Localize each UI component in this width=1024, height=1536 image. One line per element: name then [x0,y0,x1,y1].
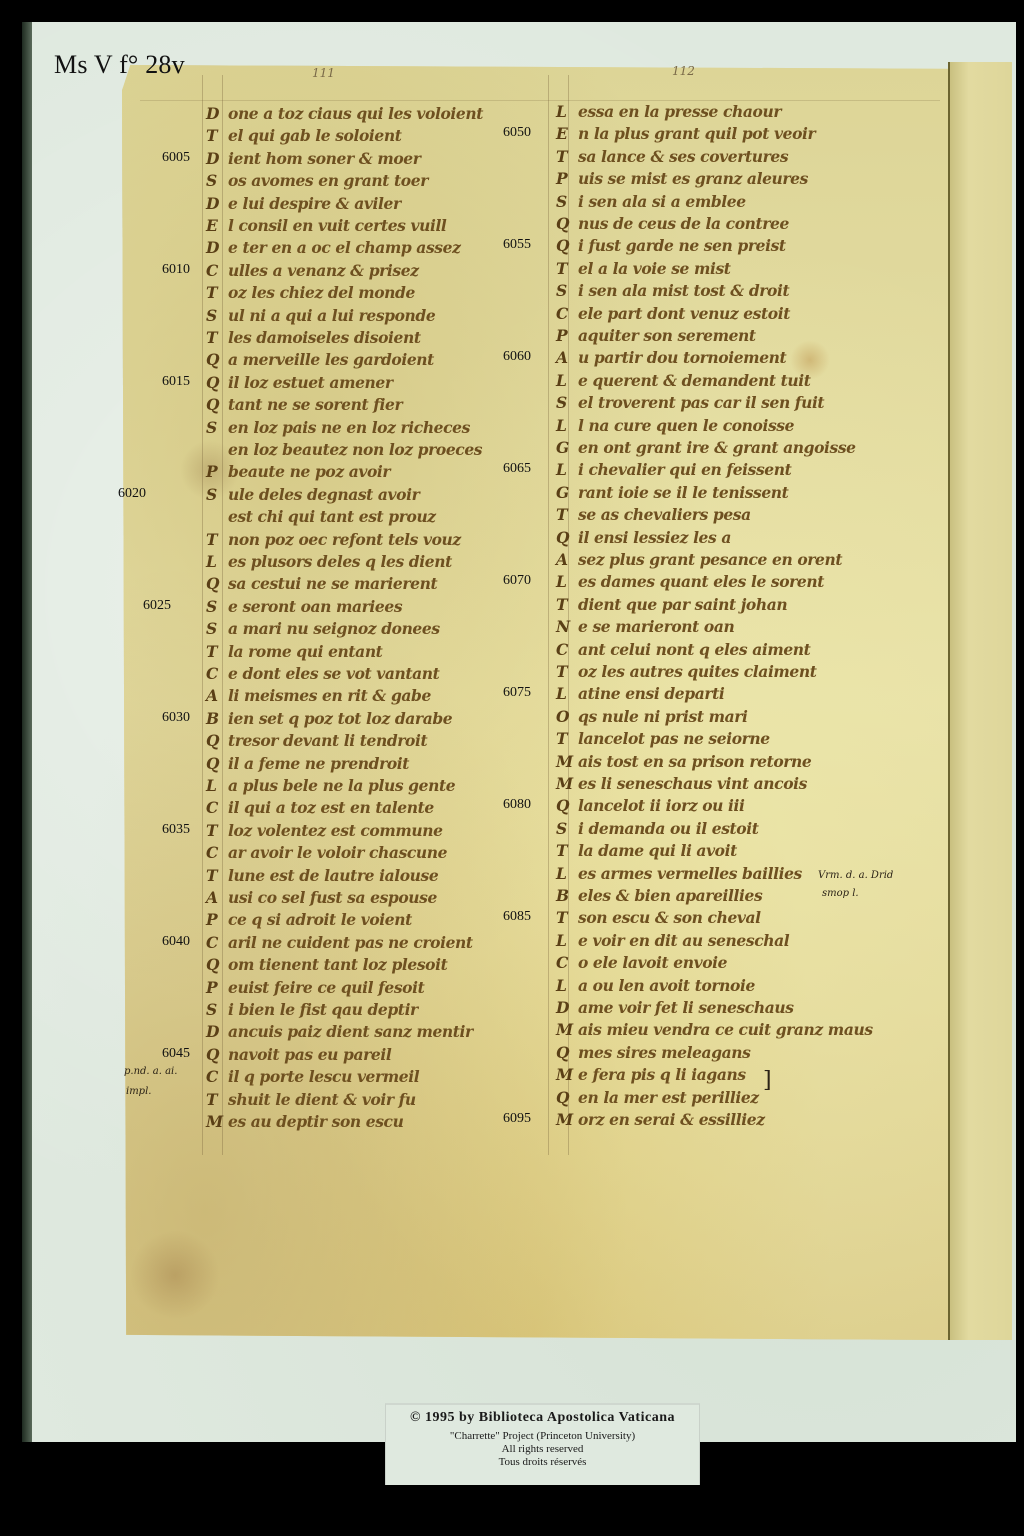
verse-text: ar avoir le voloir chascune [228,843,447,862]
line-number: 6055 [503,237,531,253]
verse-initial: A [556,550,578,569]
verse-initial: L [556,976,578,995]
verse-initial: E [556,124,578,143]
verse-line: Tla dame qui li avoit [556,841,737,863]
verse-text: li meismes en rit & gabe [228,686,431,705]
margin-note-right-top: Vrm. d. a. Drid [818,870,893,881]
verse-line: Ll na cure quen le conoisse [556,416,794,438]
verse-line: Asez plus grant pesance en orent [556,550,842,572]
verse-initial: D [556,998,578,1017]
verse-text: qs nule ni prist mari [578,707,747,726]
verse-text: ais tost en sa prison retorne [578,752,811,771]
verse-line: Cele part dont venuz estoit [556,304,790,326]
verse-line: Qil ensi lessiez les a [556,528,731,550]
verse-initial: Q [556,528,578,547]
ruling-line-top [140,100,940,101]
verse-line: Peuist feire ce quil fesoit [206,978,424,1000]
verse-line: Cil q porte lescu vermeil [206,1067,419,1089]
verse-initial: P [206,978,228,997]
verse-initial: L [556,684,578,703]
verse-line: Sel troverent pas car il sen fuit [556,393,824,415]
verse-initial: C [206,261,228,280]
verse-text: navoit pas eu pareil [228,1045,391,1064]
verse-text: l na cure quen le conoisse [578,416,794,435]
verse-initial: Q [556,236,578,255]
verse-line: Qsa cestui ne se marierent [206,574,437,596]
verse-line: Tel a la voie se mist [556,259,731,281]
foliation-right: 112 [672,64,695,78]
verse-line: Les dames quant eles le sorent [556,572,824,594]
verse-text: es armes vermelles baillies [578,864,802,883]
verse-line: Tson escu & son cheval [556,908,761,930]
verse-line: Mais mieu vendra ce cuit granz maus [556,1020,873,1042]
verse-initial: M [556,774,578,793]
verse-line: Si bien le fist qau deptir [206,1000,418,1022]
verse-initial: S [206,418,228,437]
verse-line: Tloz volentez est commune [206,821,443,843]
verse-initial: B [206,709,228,728]
verse-initial: Q [556,796,578,815]
verse-text: la dame qui li avoit [578,841,737,860]
verse-initial: P [556,169,578,188]
verse-line: Sule deles degnast avoir [206,485,419,507]
verse-line: Sul ni a qui a lui responde [206,306,435,328]
verse-line: Pce q si adroit le voient [206,910,412,932]
verse-line: Si demanda ou il estoit [556,819,759,841]
verse-initial: M [206,1112,228,1131]
verse-text: ien set q poz tot loz darabe [228,709,452,728]
verse-text: e se marieront oan [578,617,734,636]
verse-text: atine ensi departi [578,684,724,703]
line-number: 6080 [503,797,531,813]
line-number: 6060 [503,349,531,365]
verse-initial: P [206,462,228,481]
ruling-line-left-outer [202,75,203,1155]
verse-text: il ensi lessiez les a [578,528,731,547]
verse-text: tant ne se sorent fier [228,395,402,414]
verse-line: Tla rome qui entant [206,642,382,664]
verse-initial: T [206,328,228,347]
verse-text: mes sires meleagans [578,1043,750,1062]
verse-text: a ou len avoit tornoie [578,976,755,995]
line-number: 6035 [162,822,190,838]
verse-text: en la mer est perilliez [578,1088,759,1107]
verse-line: Grant ioie se il le tenissent [556,483,788,505]
verse-initial: C [206,843,228,862]
verse-line: Qil a feme ne prendroit [206,754,409,776]
verse-line: Ausi co sel fust sa espouse [206,888,437,910]
verse-text: essa en la presse chaour [578,102,781,121]
verse-text: sa lance & ses covertures [578,147,788,166]
verse-initial: S [206,171,228,190]
verse-text: e voir en dit au seneschal [578,931,789,950]
verse-initial: B [556,886,578,905]
verse-line: Qlancelot ii iorz ou iii [556,796,745,818]
verse-line: Sos avomes en grant toer [206,171,428,193]
verse-initial: S [206,619,228,638]
verse-initial: C [206,1067,228,1086]
verse-line: De ter en a oc el champ assez [206,238,460,260]
verse-text: les damoiseles disoient [228,328,421,347]
verse-text: a mari nu seignoz donees [228,619,440,638]
verse-initial: T [206,821,228,840]
verse-line: Tse as chevaliers pesa [556,505,751,527]
verse-line: Tshuit le dient & voir fu [206,1090,416,1112]
verse-text: aquiter son serement [578,326,756,345]
verse-text: i sen ala mist tost & droit [578,281,789,300]
verse-initial: Q [206,731,228,750]
verse-text: e seront oan mariees [228,597,402,616]
verse-line: Toz les chiez del monde [206,283,415,305]
verse-text: es au deptir son escu [228,1112,403,1131]
verse-line: Caril ne cuident pas ne croient [206,933,473,955]
verse-text: il q porte lescu vermeil [228,1067,419,1086]
verse-text: i sen ala si a emblee [578,192,746,211]
verse-text: oz les autres quites claiment [578,662,817,681]
verse-line: Les armes vermelles baillies [556,864,802,886]
verse-line: Le voir en dit au seneschal [556,931,789,953]
copyright-rights-en: All rights reserved [386,1443,699,1456]
line-number: 6095 [503,1111,531,1127]
verse-initial: T [556,908,578,927]
verse-initial: Q [206,373,228,392]
verse-text: lancelot ii iorz ou iii [578,796,745,815]
verse-initial: Q [206,1045,228,1064]
verse-initial: Q [206,350,228,369]
verse-text: n la plus grant quil pot veoir [578,124,815,143]
verse-line: Sen loz pais ne en loz richeces [206,418,470,440]
margin-note-left-bottom: impl. [126,1086,151,1097]
verse-text: sez plus grant pesance en orent [578,550,842,569]
mount-edge-shadow [22,22,32,1442]
verse-initial: E [206,216,228,235]
verse-initial: Q [556,214,578,233]
bracket-mark: ] [763,1068,772,1093]
verse-line: Au partir dou tornoiement [556,348,786,370]
copyright-project: "Charrette" Project (Princeton Universit… [386,1430,699,1443]
verse-text: i demanda ou il estoit [578,819,759,838]
verse-text: lancelot pas ne seiorne [578,729,770,748]
line-number: 6030 [162,710,190,726]
verse-text: euist feire ce quil fesoit [228,978,424,997]
verse-initial: S [206,306,228,325]
verse-line: Gen ont grant ire & grant angoisse [556,438,856,460]
verse-line: Cant celui nont q eles aiment [556,640,810,662]
verse-initial: A [206,888,228,907]
verse-text: la rome qui entant [228,642,382,661]
verse-initial: S [556,819,578,838]
verse-line: Ali meismes en rit & gabe [206,686,431,708]
verse-initial: L [556,416,578,435]
verse-initial: T [206,1090,228,1109]
verse-initial: L [206,776,228,795]
margin-note-right-bottom: smop l. [822,888,859,899]
verse-initial: P [556,326,578,345]
line-number: 6065 [503,461,531,477]
verse-line: La ou len avoit tornoie [556,976,755,998]
verse-initial: M [556,752,578,771]
verse-text: e lui despire & aviler [228,194,401,213]
verse-line: en loz beautez non loz proeces [206,440,482,462]
line-number: 6020 [118,486,146,502]
verse-line: Tel qui gab le soloient [206,126,401,148]
folio-label: Ms V f° 28v [54,50,185,80]
verse-line: Dancuis paiz dient sanz mentir [206,1022,473,1044]
verse-line: Qmes sires meleagans [556,1043,750,1065]
verse-text: lune est de lautre ialouse [228,866,438,885]
verse-text: ais mieu vendra ce cuit granz maus [578,1020,873,1039]
copyright-label: © 1995 by Biblioteca Apostolica Vaticana… [385,1403,700,1485]
verse-text: ul ni a qui a lui responde [228,306,435,325]
verse-initial: C [556,640,578,659]
verse-initial: T [556,729,578,748]
verse-line: Cil qui a toz est en talente [206,798,434,820]
verse-line: Me fera pis q li iagans [556,1065,746,1087]
verse-line: Qnavoit pas eu pareil [206,1045,391,1067]
verse-initial: L [556,371,578,390]
verse-line: Toz les autres quites claiment [556,662,817,684]
verse-line: Ce dont eles se vot vantant [206,664,439,686]
verse-initial: D [206,1022,228,1041]
verse-initial: G [556,438,578,457]
verse-initial: T [556,662,578,681]
verse-line: Morz en serai & essilliez [556,1110,765,1132]
verse-text: en ont grant ire & grant angoisse [578,438,856,457]
line-number: 6040 [162,934,190,950]
verse-text: tresor devant li tendroit [228,731,427,750]
verse-initial: T [206,866,228,885]
verse-text: el a la voie se mist [578,259,731,278]
ruling-line-right-outer [548,75,549,1155]
verse-text: es li seneschaus vint ancois [578,774,807,793]
verse-line: Done a toz ciaus qui les voloient [206,104,483,126]
verse-text: en loz beautez non loz proeces [228,440,482,459]
verse-text: non poz oec refont tels vouz [228,530,461,549]
copyright-title: © 1995 by Biblioteca Apostolica Vaticana [386,1410,699,1426]
verse-initial: T [556,505,578,524]
verse-initial: M [556,1110,578,1129]
line-number: 6085 [503,909,531,925]
verse-text: ule deles degnast avoir [228,485,419,504]
verse-initial: M [556,1020,578,1039]
verse-line: Les plusors deles q les dient [206,552,452,574]
verse-initial: L [556,102,578,121]
verse-text: ulles a venanz & prisez [228,261,419,280]
verse-line: Mes au deptir son escu [206,1112,403,1134]
verse-initial: S [206,485,228,504]
verse-line: Puis se mist es granz aleures [556,169,808,191]
verse-initial: T [206,283,228,302]
verse-line: Si sen ala mist tost & droit [556,281,789,303]
verse-line: Beles & bien apareillies [556,886,762,908]
verse-initial: C [206,664,228,683]
verse-initial: Q [206,955,228,974]
verse-line: Oqs nule ni prist mari [556,707,747,729]
verse-text: en loz pais ne en loz richeces [228,418,470,437]
verse-line: Pbeaute ne poz avoir [206,462,390,484]
verse-text: il a feme ne prendroit [228,754,409,773]
verse-text: loz volentez est commune [228,821,443,840]
verse-line: Tlancelot pas ne seiorne [556,729,770,751]
verse-line: Culles a venanz & prisez [206,261,419,283]
verse-text: eles & bien apareillies [578,886,762,905]
verse-initial: Q [206,754,228,773]
verse-line: Qtresor devant li tendroit [206,731,427,753]
verse-line: Mais tost en sa prison retorne [556,752,811,774]
verse-initial: D [206,194,228,213]
verse-line: Lessa en la presse chaour [556,102,781,124]
line-number: 6050 [503,125,531,141]
verse-initial: C [206,798,228,817]
verse-initial: S [206,1000,228,1019]
verse-initial: T [556,595,578,614]
verse-text: nus de ceus de la contree [578,214,789,233]
verse-line: Tles damoiseles disoient [206,328,421,350]
verse-initial: L [556,572,578,591]
verse-text: beaute ne poz avoir [228,462,390,481]
verse-line: Qil loz estuet amener [206,373,393,395]
verse-initial: Q [206,395,228,414]
verse-text: orz en serai & essilliez [578,1110,765,1129]
verse-text: i bien le fist qau deptir [228,1000,418,1019]
verse-initial: L [556,931,578,950]
verse-line: Dame voir fet li seneschaus [556,998,794,1020]
verse-line: Co ele lavoit envoie [556,953,727,975]
verse-line: Se seront oan mariees [206,597,402,619]
verse-initial: G [556,483,578,502]
verse-initial: T [556,147,578,166]
verse-text: il loz estuet amener [228,373,393,392]
verse-initial: T [206,642,228,661]
verse-line: Tnon poz oec refont tels vouz [206,530,461,552]
verse-text: ele part dont venuz estoit [578,304,790,323]
verse-text: es dames quant eles le sorent [578,572,824,591]
verse-text: i fust garde ne sen preist [578,236,786,255]
verse-line: El consil en vuit certes vuill [206,216,446,238]
margin-note-left-top: p.nd. a. ai. [124,1066,177,1077]
verse-line: De lui despire & aviler [206,194,401,216]
verse-text: e querent & demandent tuit [578,371,810,390]
verse-text: el troverent pas car il sen fuit [578,393,824,412]
copyright-rights-fr: Tous droits réservés [386,1456,699,1469]
verse-text: uis se mist es granz aleures [578,169,808,188]
verse-text: shuit le dient & voir fu [228,1090,416,1109]
verse-initial: T [206,530,228,549]
verse-line: Tlune est de lautre ialouse [206,866,438,888]
verse-initial: S [206,597,228,616]
verse-text: i chevalier qui en feissent [578,460,791,479]
verse-text: ame voir fet li seneschaus [578,998,794,1017]
verse-line: Qom tienent tant loz plesoit [206,955,447,977]
verse-initial: Q [556,1043,578,1062]
verse-initial: L [206,552,228,571]
verse-initial: A [206,686,228,705]
verse-initial: A [556,348,578,367]
verse-line: est chi qui tant est prouz [206,507,436,529]
verse-line: Le querent & demandent tuit [556,371,810,393]
foliation-left: 111 [312,66,335,80]
verse-text: ancuis paiz dient sanz mentir [228,1022,473,1041]
verse-text: ant celui nont q eles aiment [578,640,810,659]
verse-line: La plus bele ne la plus gente [206,776,455,798]
verse-initial: P [206,910,228,929]
verse-line: Li chevalier qui en feissent [556,460,791,482]
verse-initial: Q [556,1088,578,1107]
verse-initial: O [556,707,578,726]
verse-line: Tsa lance & ses covertures [556,147,788,169]
verse-initial: T [206,126,228,145]
line-number: 6005 [162,150,190,166]
verse-line: Bien set q poz tot loz darabe [206,709,452,731]
verse-text: u partir dou tornoiement [578,348,786,367]
verse-initial: S [556,281,578,300]
verse-text: ient hom soner & moer [228,149,421,168]
verse-text: rant ioie se il le tenissent [578,483,788,502]
verse-line: Mes li seneschaus vint ancois [556,774,807,796]
verse-line: En la plus grant quil pot veoir [556,124,815,146]
line-number: 6075 [503,685,531,701]
verse-initial: C [556,953,578,972]
verse-initial: C [556,304,578,323]
verse-text: om tienent tant loz plesoit [228,955,447,974]
verse-initial: D [206,104,228,123]
verse-text: usi co sel fust sa espouse [228,888,437,907]
verse-line: Latine ensi departi [556,684,724,706]
verse-text: es plusors deles q les dient [228,552,452,571]
verse-line: Dient hom soner & moer [206,149,421,171]
line-number: 6070 [503,573,531,589]
verse-initial: S [556,393,578,412]
verse-text: o ele lavoit envoie [578,953,727,972]
verse-text: oz les chiez del monde [228,283,415,302]
verse-line: Qi fust garde ne sen preist [556,236,786,258]
verse-line: Tdient que par saint johan [556,595,787,617]
verse-initial: S [556,192,578,211]
verse-text: sa cestui ne se marierent [228,574,437,593]
line-number: 6025 [143,598,171,614]
line-number: 6015 [162,374,190,390]
verse-line: Si sen ala si a emblee [556,192,746,214]
verse-line: Paquiter son serement [556,326,756,348]
verse-line: Sa mari nu seignoz donees [206,619,440,641]
verse-initial: D [206,238,228,257]
verse-text: os avomes en grant toer [228,171,428,190]
verse-initial: M [556,1065,578,1084]
verse-text: ce q si adroit le voient [228,910,412,929]
verse-text: se as chevaliers pesa [578,505,751,524]
verse-text: l consil en vuit certes vuill [228,216,446,235]
verse-text: e dont eles se vot vantant [228,664,439,683]
verse-initial: C [206,933,228,952]
verse-text: a plus bele ne la plus gente [228,776,455,795]
verse-initial: T [556,841,578,860]
verse-text: est chi qui tant est prouz [228,507,436,526]
verse-text: a merveille les gardoient [228,350,434,369]
verse-text: aril ne cuident pas ne croient [228,933,473,952]
verse-text: el qui gab le soloient [228,126,401,145]
verse-initial: N [556,617,578,636]
verse-line: Ne se marieront oan [556,617,734,639]
verse-initial: Q [206,574,228,593]
verse-initial: T [556,259,578,278]
verse-text: il qui a toz est en talente [228,798,434,817]
verse-text: dient que par saint johan [578,595,787,614]
verse-text: e fera pis q li iagans [578,1065,746,1084]
verse-initial: D [206,149,228,168]
verse-line: Qtant ne se sorent fier [206,395,402,417]
line-number: 6045 [162,1046,190,1062]
verse-initial: L [556,460,578,479]
